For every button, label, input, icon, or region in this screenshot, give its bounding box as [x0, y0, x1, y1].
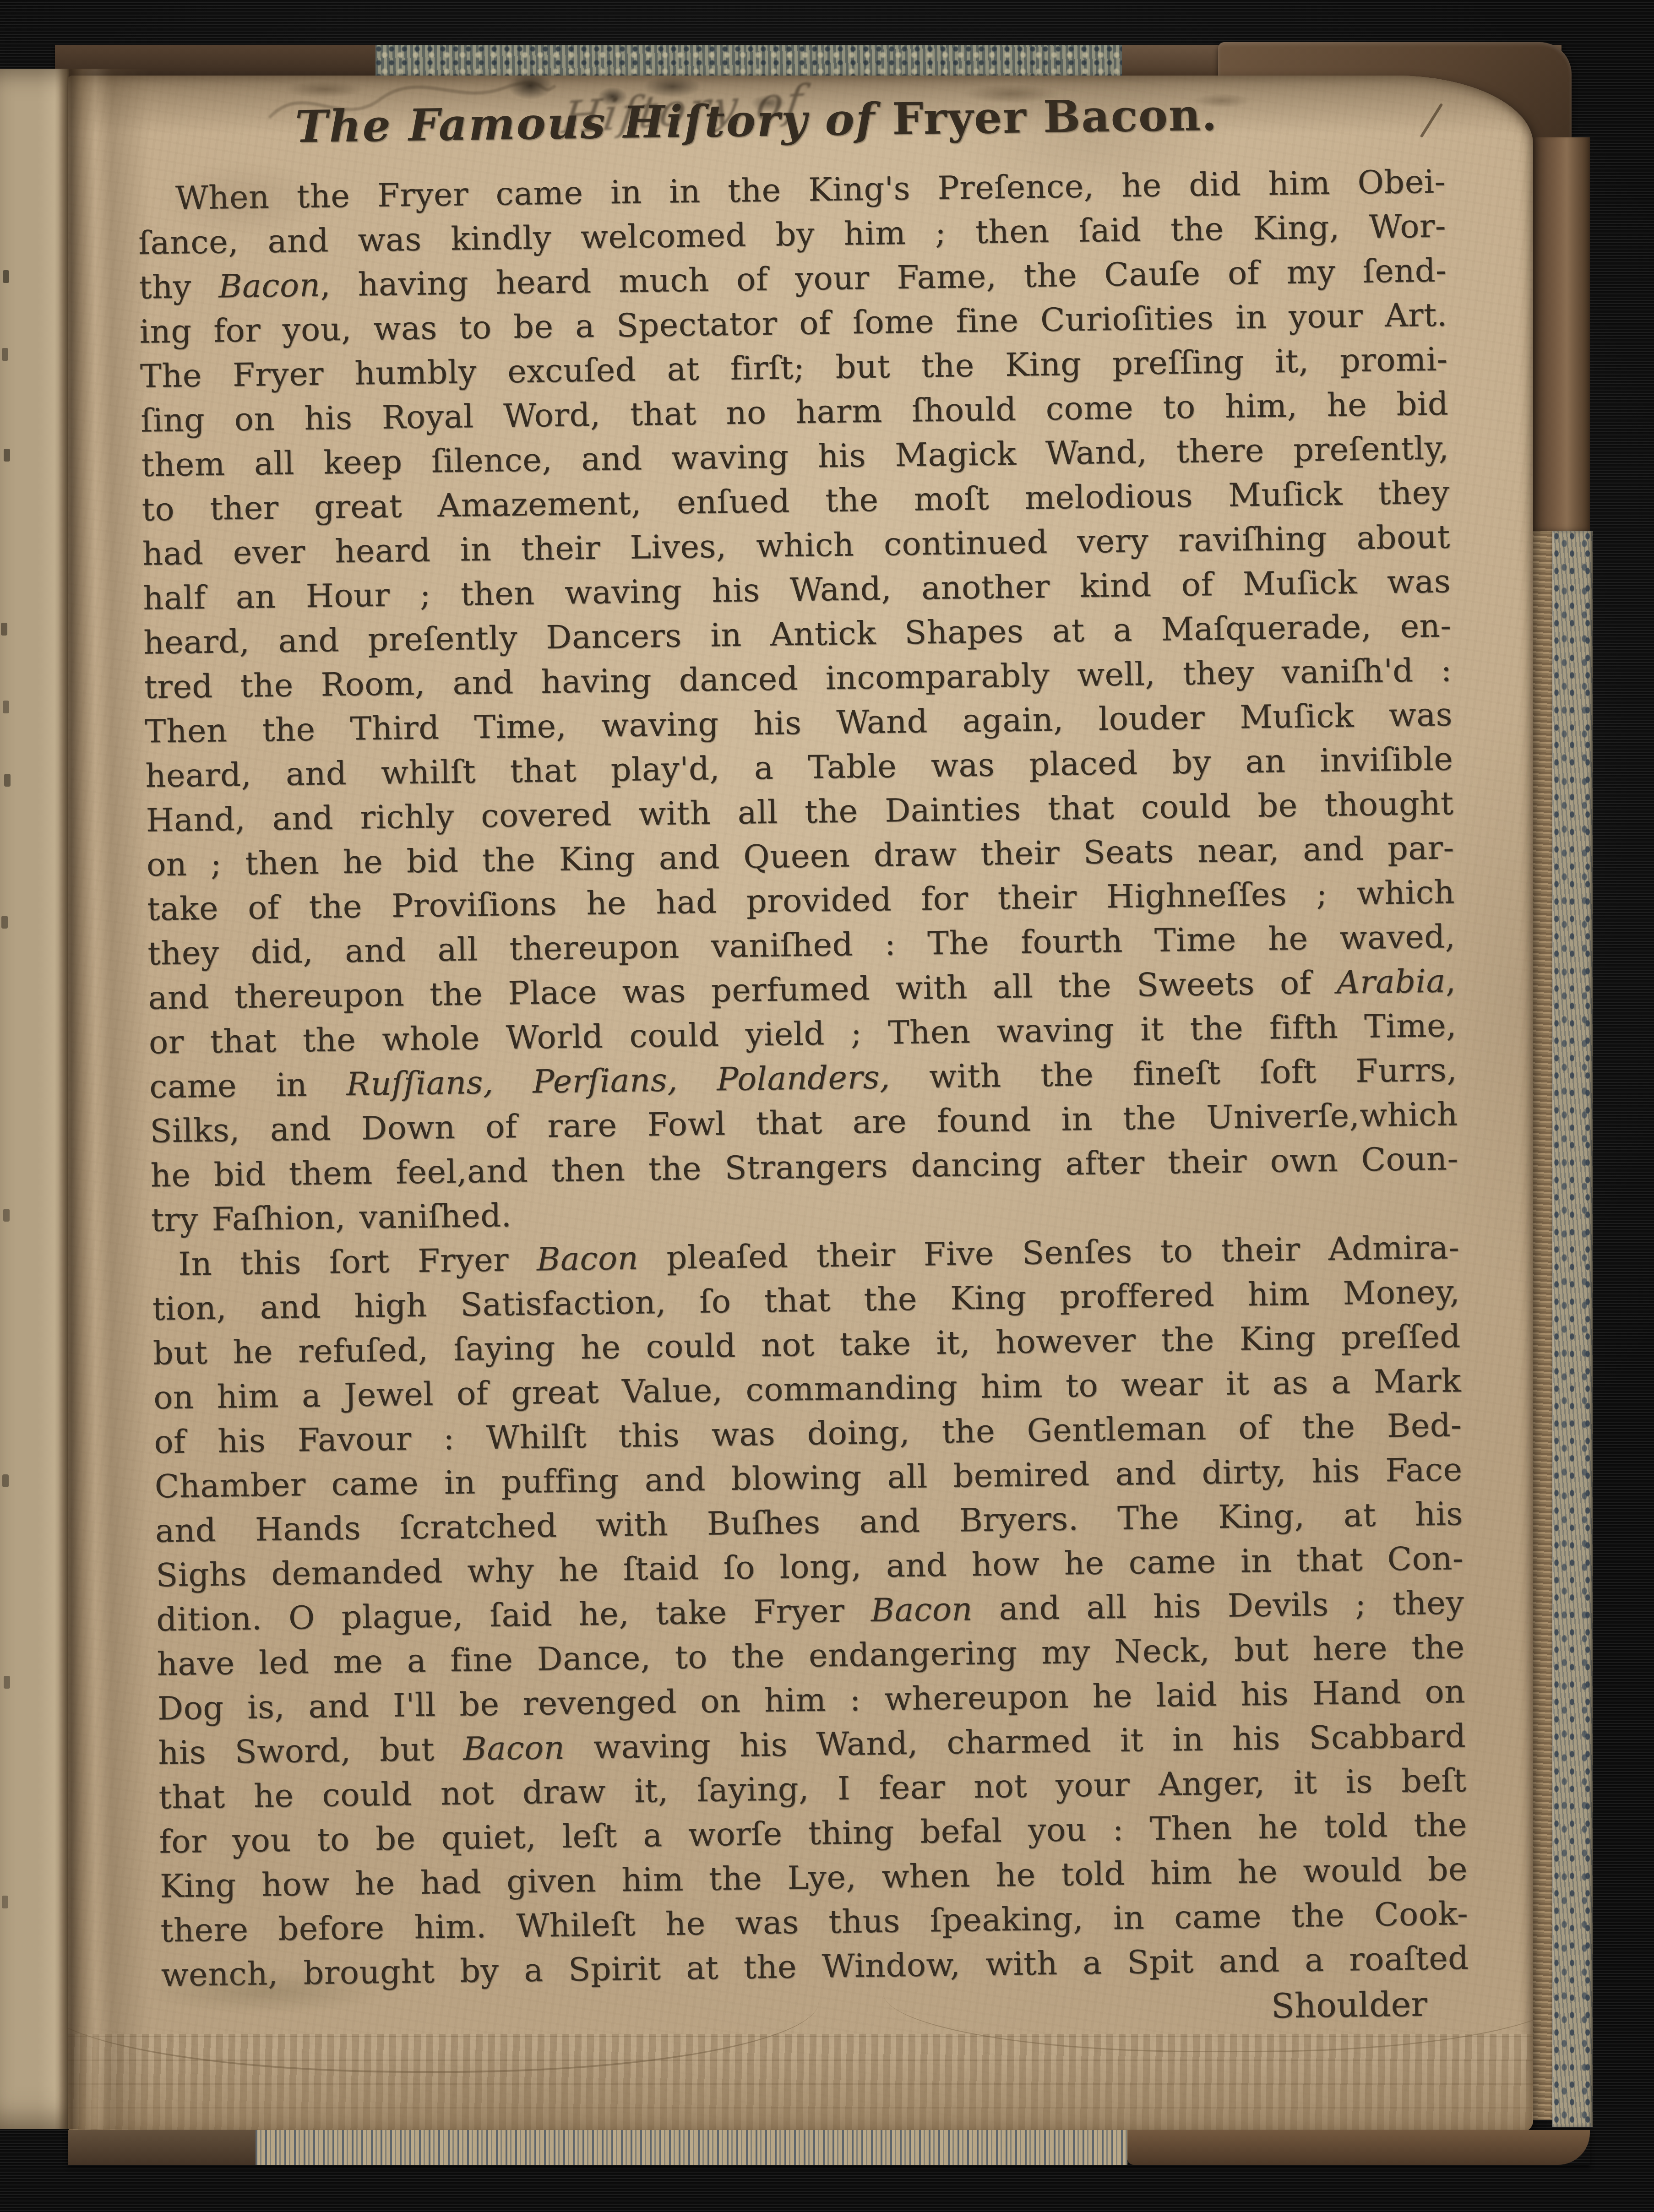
- faded-stamp-mark: [148, 1970, 386, 2013]
- text-block: The Famous Hiſtory of Fryer Bacon. When …: [136, 84, 1469, 2041]
- facing-page-text-fragments: [1, 69, 7, 82]
- book-scan-background: { "page": { "title": "*The Famous Hiſtor…: [0, 0, 1654, 2212]
- spine-leather-bottom-edge: [68, 2130, 256, 2165]
- spine-leather-top-edge: [55, 45, 375, 78]
- marbled-board-fore-edge: [1552, 531, 1593, 2127]
- leather-fore-edge-strip: [1532, 137, 1590, 535]
- facing-page-edge: [0, 69, 69, 2129]
- page: Hiſtory of The Famous Hiſtory of Fryer B…: [68, 76, 1533, 2132]
- book-bottom-edge: [68, 2130, 1590, 2165]
- marbled-board-top-edge: [375, 45, 1122, 78]
- corner-leather-bottom-edge: [1127, 2130, 1590, 2165]
- marbled-board-bottom-edge: [256, 2130, 1127, 2165]
- body-text: When the Fryer came in in the King's Pre…: [137, 159, 1469, 1997]
- crease-line-bottom-right: [883, 1923, 1533, 2052]
